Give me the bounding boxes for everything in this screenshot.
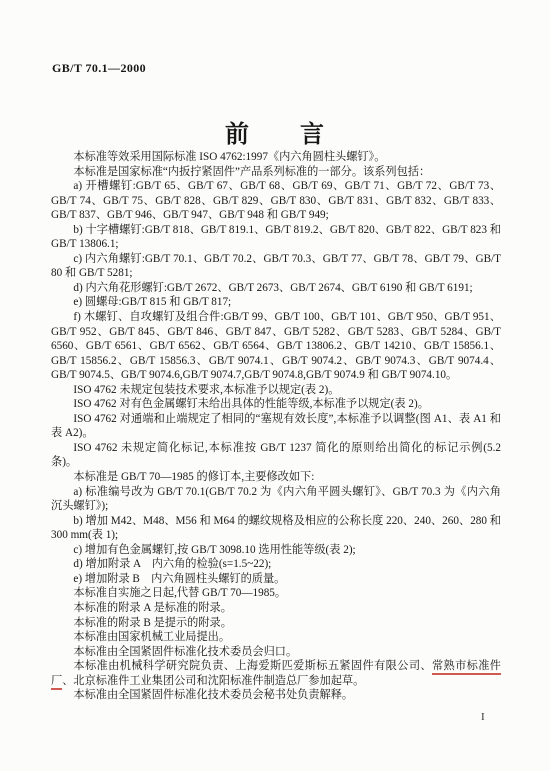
paragraph: 本标准由全国紧固件标准化技术委员会秘书处负责解释。: [51, 688, 501, 703]
list-item-b: b) 十字槽螺钉:GB/T 818、GB/T 819.1、GB/T 819.2、…: [51, 223, 501, 252]
drafting-text-post: 、北京标准件工业集团公司和沈阳标准件制造总厂参加起草。: [62, 675, 364, 687]
foreword-body: 本标准等效采用国际标准 ISO 4762:1997《内六角圆柱头螺钉》。 本标准…: [51, 150, 501, 703]
revision-item-c: c) 增加有色金属螺钉,按 GB/T 3098.10 选用性能等级(表 2);: [51, 543, 501, 558]
paragraph: ISO 4762 未规定包装技术要求,本标准予以规定(表 2)。: [51, 383, 501, 398]
scanned-standard-page: GB/T 70.1—2000 前 言 本标准等效采用国际标准 ISO 4762:…: [0, 0, 550, 771]
paragraph: ISO 4762 对通端和止端规定了相同的“塞规有效长度”,本标准予以调整(图 …: [51, 412, 501, 441]
paragraph-drafting-organizations: 本标准由机械科学研究院负责、上海爱斯匹爱斯标五紧固件有限公司、常熟市标准件厂、北…: [51, 659, 501, 688]
list-item-e: e) 圆螺母:GB/T 815 和 GB/T 817;: [51, 295, 501, 310]
revision-item-d: d) 增加附录 A 内六角的检验(s=1.5~22);: [51, 557, 501, 572]
paragraph: 本标准是国家标准“内扳拧紧固件”产品系列标准的一部分。该系列包括：: [51, 165, 501, 180]
paragraph: 本标准等效采用国际标准 ISO 4762:1997《内六角圆柱头螺钉》。: [51, 150, 501, 165]
paragraph: 本标准自实施之日起,代替 GB/T 70—1985。: [51, 586, 501, 601]
paragraph: 本标准是 GB/T 70—1985 的修订本,主要修改如下:: [51, 470, 501, 485]
revision-item-e: e) 增加附录 B 内六角圆柱头螺钉的质量。: [51, 572, 501, 587]
paragraph: 本标准由全国紧固件标准化技术委员会归口。: [51, 645, 501, 660]
paragraph: 本标准由国家机械工业局提出。: [51, 630, 501, 645]
paragraph: 本标准的附录 A 是标准的附录。: [51, 601, 501, 616]
revision-item-a: a) 标准编号改为 GB/T 70.1(GB/T 70.2 为《内六角平圆头螺钉…: [51, 485, 501, 514]
paragraph: 本标准的附录 B 是提示的附录。: [51, 616, 501, 631]
drafting-text-pre: 本标准由机械科学研究院负责、上海爱斯匹爱斯标五紧固件有限公司、: [73, 660, 432, 672]
paragraph: ISO 4762 对有色金属螺钉未给出具体的性能等级,本标准予以规定(表 2)。: [51, 397, 501, 412]
list-item-f: f) 木螺钉、自攻螺钉及组合件:GB/T 99、GB/T 100、GB/T 10…: [51, 310, 501, 383]
list-item-a: a) 开槽螺钉:GB/T 65、GB/T 67、GB/T 68、GB/T 69、…: [51, 179, 501, 223]
page-title: 前 言: [0, 114, 550, 149]
list-item-c: c) 内六角螺钉:GB/T 70.1、GB/T 70.2、GB/T 70.3、G…: [51, 252, 501, 281]
list-item-d: d) 内六角花形螺钉:GB/T 2672、GB/T 2673、GB/T 2674…: [51, 281, 501, 296]
page-number: I: [481, 711, 485, 723]
standard-number-header: GB/T 70.1—2000: [52, 61, 146, 76]
revision-item-b: b) 增加 M42、M48、M56 和 M64 的螺纹规格及相应的公称长度 22…: [51, 514, 501, 543]
paragraph: ISO 4762 未规定简化标记,本标准按 GB/T 1237 简化的原则给出简…: [51, 441, 501, 470]
